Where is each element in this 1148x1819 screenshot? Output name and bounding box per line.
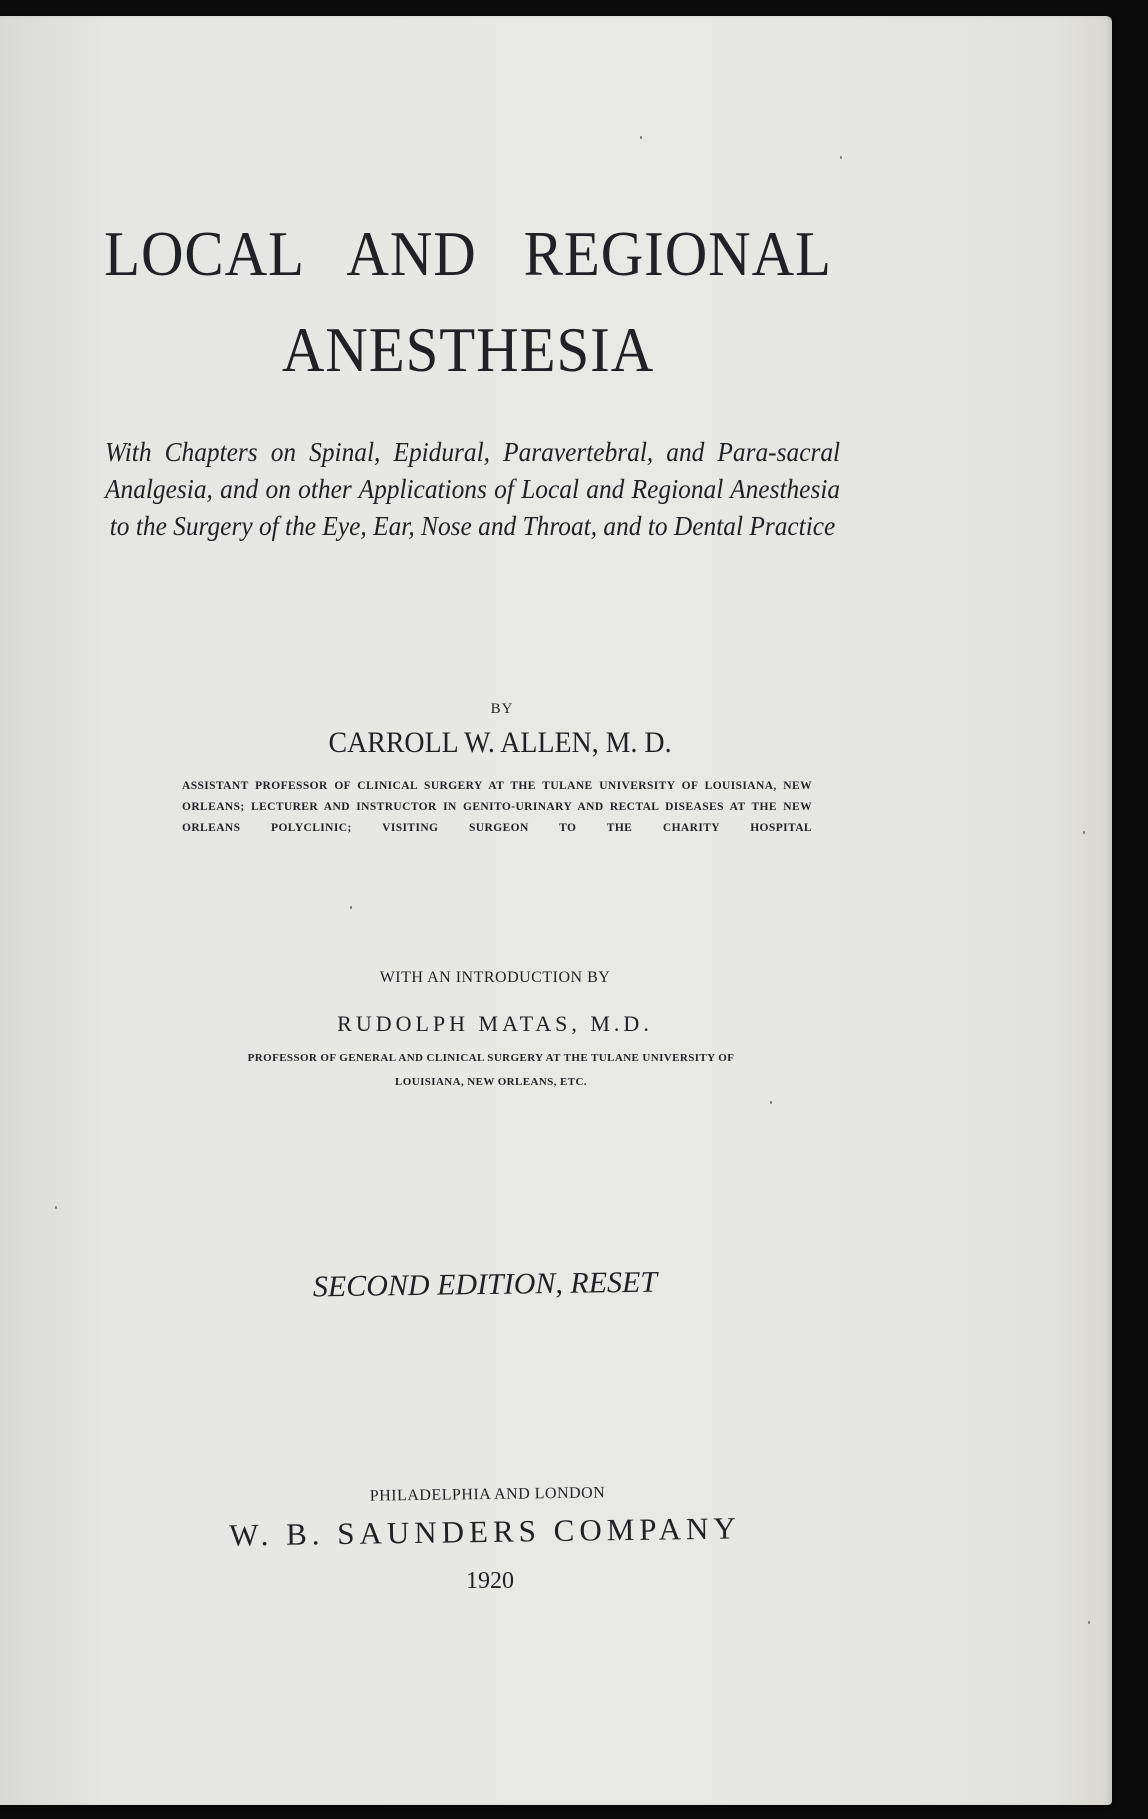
book-subtitle: With Chapters on Spinal, Epidural, Parav…	[105, 434, 840, 545]
publication-year: 1920	[0, 1568, 980, 1595]
publisher-cities: PHILADELPHIA AND LONDON	[0, 1479, 975, 1511]
by-label: BY	[0, 701, 1004, 718]
book-title: LOCAL AND REGIONAL ANESTHESIA	[100, 206, 836, 398]
paper-speck	[1088, 1621, 1090, 1624]
introduction-label: WITH AN INTRODUCTION BY	[0, 969, 990, 987]
introduction-affiliation-line-2: LOUISIANA, NEW ORLEANS, ETC.	[188, 1070, 794, 1094]
title-line-2: ANESTHESIA	[100, 302, 836, 398]
introduction-affiliation-line-1: PROFESSOR OF GENERAL AND CLINICAL SURGER…	[188, 1046, 794, 1070]
introduction-affiliation: PROFESSOR OF GENERAL AND CLINICAL SURGER…	[188, 1046, 794, 1094]
paper-speck	[55, 1206, 57, 1209]
paper-speck	[770, 1101, 772, 1104]
author-affiliation: ASSISTANT PROFESSOR OF CLINICAL SURGERY …	[182, 776, 812, 839]
paper-speck	[840, 156, 842, 159]
author-name: CARROLL W. ALLEN, M. D.	[35, 726, 965, 760]
edition-statement: SECOND EDITION, RESET	[0, 1261, 970, 1309]
paper-speck	[1083, 831, 1085, 834]
paper-speck	[350, 906, 352, 909]
book-title-page: LOCAL AND REGIONAL ANESTHESIA With Chapt…	[0, 16, 1112, 1805]
paper-speck	[640, 136, 642, 139]
title-line-1: LOCAL AND REGIONAL	[100, 206, 836, 302]
publisher-name: W. B. SAUNDERS COMPANY	[0, 1507, 970, 1557]
introduction-author: RUDOLPH MATAS, M.D.	[0, 1011, 990, 1037]
